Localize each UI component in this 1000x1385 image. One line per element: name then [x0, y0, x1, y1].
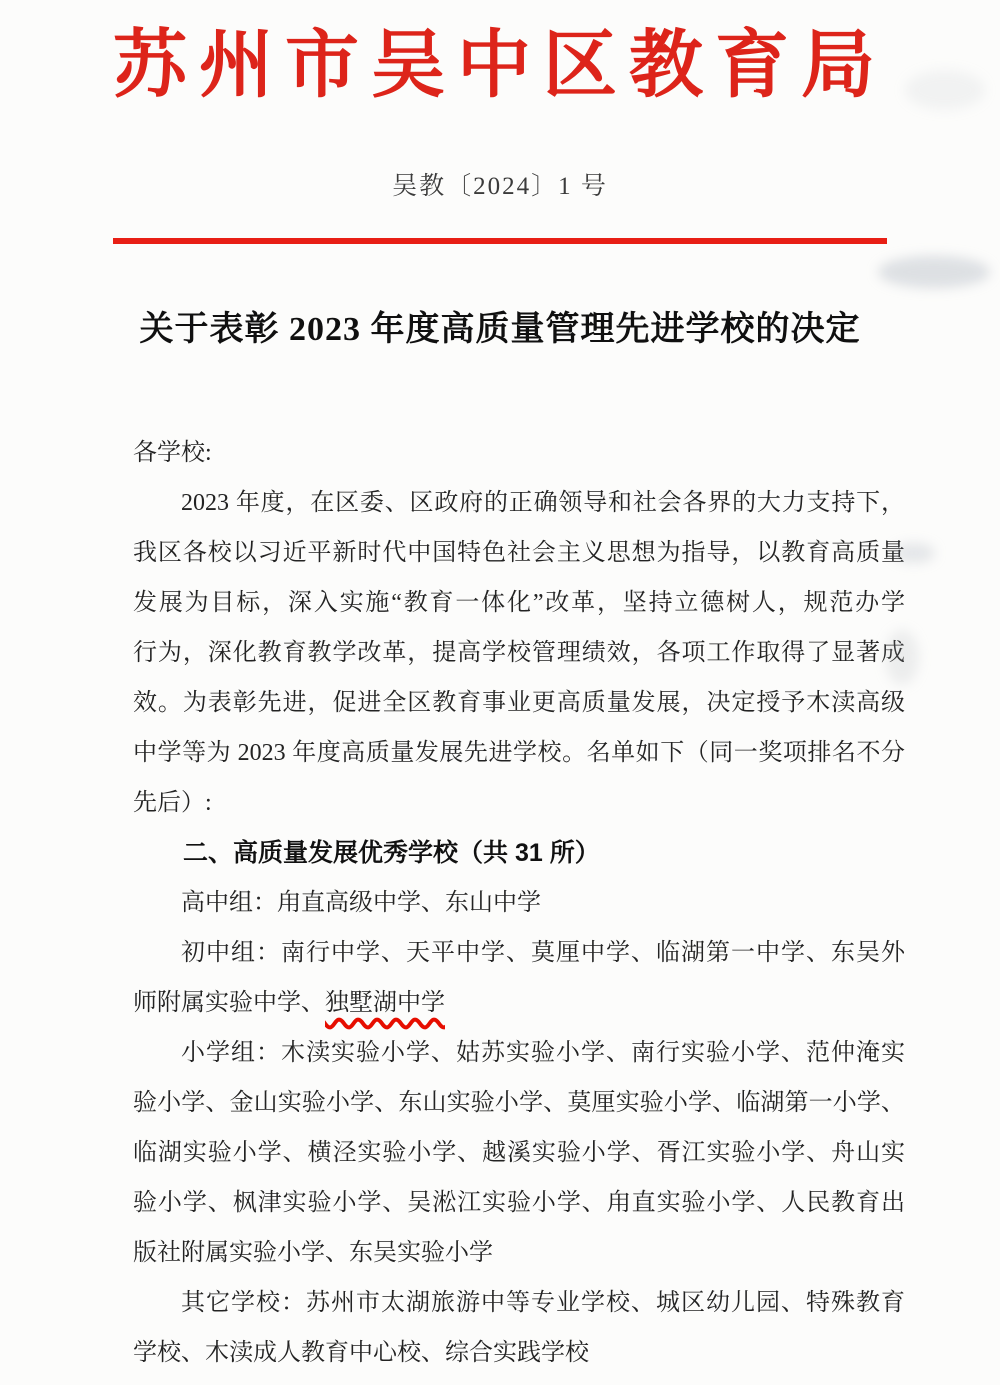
primary-school-group-line-5: 版社附属实验小学、东吴实验小学: [133, 1228, 905, 1278]
paragraph-line: 2023 年度，在区委、区政府的正确领导和社会各界的大力支持下，: [133, 478, 905, 528]
primary-school-group-line-2: 验小学、金山实验小学、东山实验小学、莫厘实验小学、临湖第一小学、: [133, 1078, 905, 1128]
issuing-authority-title: 苏州市吴中区教育局: [0, 0, 1000, 108]
paragraph-line: 行为，深化教育教学改革，提高学校管理绩效，各项工作取得了显著成: [133, 628, 905, 678]
document-body: 各学校: 2023 年度，在区委、区政府的正确领导和社会各界的大力支持下， 我区…: [0, 428, 1000, 1378]
document-title: 关于表彰 2023 年度高质量管理先进学校的决定: [0, 308, 1000, 352]
paragraph-line: 中学等为 2023 年度高质量发展先进学校。名单如下（同一奖项排名不分: [133, 728, 905, 778]
scan-smudge: [878, 256, 990, 288]
paragraph-line: 我区各校以习近平新时代中国特色社会主义思想为指导，以教育高质量: [133, 528, 905, 578]
salutation: 各学校:: [133, 428, 905, 478]
other-schools-line-2: 学校、木渎成人教育中心校、综合实践学校: [133, 1328, 905, 1378]
section-heading: 二、高质量发展优秀学校（共 31 所）: [133, 828, 905, 878]
document-page: 苏州市吴中区教育局 吴教〔2024〕1 号 关于表彰 2023 年度高质量管理先…: [0, 0, 1000, 1385]
middle-school-group-line-2: 师附属实验中学、独墅湖中学: [133, 978, 905, 1028]
red-divider-line: [113, 238, 887, 244]
paragraph-line: 发展为目标，深入实施“教育一体化”改革，坚持立德树人，规范办学: [133, 578, 905, 628]
primary-school-group-line-1: 小学组：木渎实验小学、姑苏实验小学、南行实验小学、范仲淹实: [133, 1028, 905, 1078]
document-number: 吴教〔2024〕1 号: [0, 172, 1000, 202]
middle-school-group-line-1: 初中组：南行中学、天平中学、莫厘中学、临湖第一中学、东吴外: [133, 928, 905, 978]
paragraph-line: 效。为表彰先进，促进全区教育事业更高质量发展，决定授予木渎高级: [133, 678, 905, 728]
paragraph-line: 先后）:: [133, 778, 905, 828]
high-school-group-line: 高中组：甪直高级中学、东山中学: [133, 878, 905, 928]
primary-school-group-line-4: 验小学、枫津实验小学、吴淞江实验小学、甪直实验小学、人民教育出: [133, 1178, 905, 1228]
underlined-school-name: 独墅湖中学: [325, 990, 445, 1016]
middle-school-line2-prefix: 师附属实验中学、: [133, 990, 325, 1016]
other-schools-line-1: 其它学校：苏州市太湖旅游中等专业学校、城区幼儿园、特殊教育: [133, 1278, 905, 1328]
primary-school-group-line-3: 临湖实验小学、横泾实验小学、越溪实验小学、胥江实验小学、舟山实: [133, 1128, 905, 1178]
